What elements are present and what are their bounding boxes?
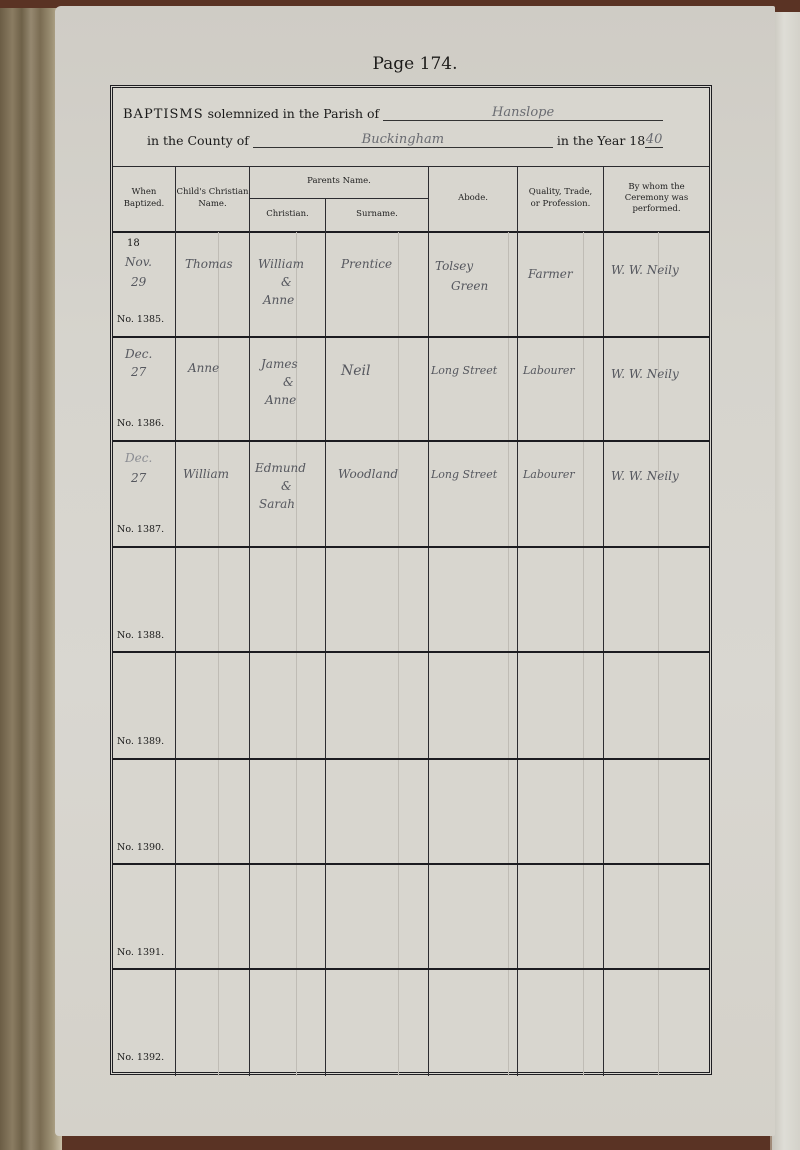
baptism-register-table: BAPTISMS solemnized in the Parish of Han… [110, 85, 712, 1075]
entry-number-1391: No. 1391. [117, 947, 164, 958]
parent-and: & [283, 374, 294, 390]
abode-line-2: Green [451, 278, 488, 294]
parish-field: Hanslope [383, 105, 663, 121]
parent-surname: Woodland [338, 466, 398, 482]
row-rule [113, 336, 709, 338]
entry-number-1390: No. 1390. [117, 842, 164, 853]
baptism-day: 27 [131, 470, 146, 486]
header-by-whom: By whom the Ceremony was performed. [604, 166, 709, 231]
register-title-block: BAPTISMS solemnized in the Parish of Han… [113, 88, 709, 167]
faint-guide-line [583, 232, 584, 1076]
child-name: William [183, 466, 229, 482]
header-bottom-rule [113, 231, 709, 233]
header-quality-trade: Quality, Trade, or Profession. [518, 166, 603, 231]
baptism-month: Nov. [125, 254, 152, 270]
entry-number: No. 1386. [117, 418, 164, 429]
header-parents-christian: Christian. [250, 199, 325, 231]
officiant: W. W. Neily [611, 468, 679, 484]
year-label: in the Year 18 [557, 133, 645, 148]
title-line-parish: BAPTISMS solemnized in the Parish of Han… [123, 106, 663, 123]
faint-guide-line [218, 232, 219, 1076]
parents-header-divider [250, 198, 428, 199]
parent-christian-1: James [261, 356, 298, 372]
title-baptisms: BAPTISMS [123, 107, 204, 122]
col-divider [175, 166, 176, 1076]
parent-christian-1: Edmund [255, 460, 306, 476]
baptism-day: 27 [131, 364, 146, 380]
parent-christian-2: Sarah [259, 496, 295, 512]
faint-guide-line [398, 232, 399, 1076]
parent-christian-2: Anne [263, 292, 294, 308]
county-field: Buckingham [253, 132, 553, 148]
page-number: Page 174. [55, 54, 775, 74]
county-label: in the County of [147, 133, 249, 148]
abode-line-1: Long Street [431, 364, 497, 379]
col-divider [428, 166, 429, 1076]
row-rule [113, 440, 709, 442]
entry-number: No. 1387. [117, 524, 164, 535]
row-rule [113, 651, 709, 653]
col-divider [325, 199, 326, 1076]
header-child-name: Child's Christian Name. [176, 166, 249, 231]
faint-guide-line [658, 232, 659, 1076]
abode-line-1: Tolsey [435, 258, 473, 274]
title-solemnized-text: solemnized in the Parish of [208, 106, 380, 121]
faint-guide-line [508, 232, 509, 1076]
baptism-month: Dec. [125, 450, 152, 466]
officiant: W. W. Neily [611, 262, 679, 278]
parent-surname: Neil [341, 362, 371, 381]
year-prefix: 18 [127, 238, 140, 249]
col-divider [249, 166, 250, 1076]
book-page-edges [0, 8, 62, 1150]
baptism-month: Dec. [125, 346, 152, 362]
officiant: W. W. Neily [611, 366, 679, 382]
row-rule [113, 863, 709, 865]
baptism-day: 29 [131, 274, 146, 290]
parent-surname: Prentice [341, 256, 392, 272]
row-rule [113, 546, 709, 548]
parent-and: & [281, 274, 292, 290]
entry-number-1392: No. 1392. [117, 1052, 164, 1063]
quality-trade: Labourer [523, 468, 575, 483]
header-parents-name: Parents Name. [250, 166, 428, 198]
title-line-county: in the County of Buckingham in the Year … [147, 133, 663, 150]
parent-and: & [281, 478, 292, 494]
parent-christian-2: Anne [265, 392, 296, 408]
quality-trade: Labourer [523, 364, 575, 379]
year-field: 40 [645, 132, 663, 148]
col-divider [517, 166, 518, 1076]
parent-christian-1: William [258, 256, 304, 272]
child-name: Thomas [185, 256, 233, 272]
entry-number-1389: No. 1389. [117, 736, 164, 747]
row-rule [113, 758, 709, 760]
header-parents-surname: Surname. [326, 199, 428, 231]
child-name: Anne [188, 360, 219, 376]
entry-number: No. 1385. [117, 314, 164, 325]
header-abode: Abode. [429, 166, 517, 231]
quality-trade: Farmer [528, 266, 573, 282]
abode-line-1: Long Street [431, 468, 497, 483]
col-divider [603, 166, 604, 1076]
entry-number-1388: No. 1388. [117, 630, 164, 641]
header-when-baptized: When Baptized. [113, 166, 175, 231]
row-rule [113, 968, 709, 970]
